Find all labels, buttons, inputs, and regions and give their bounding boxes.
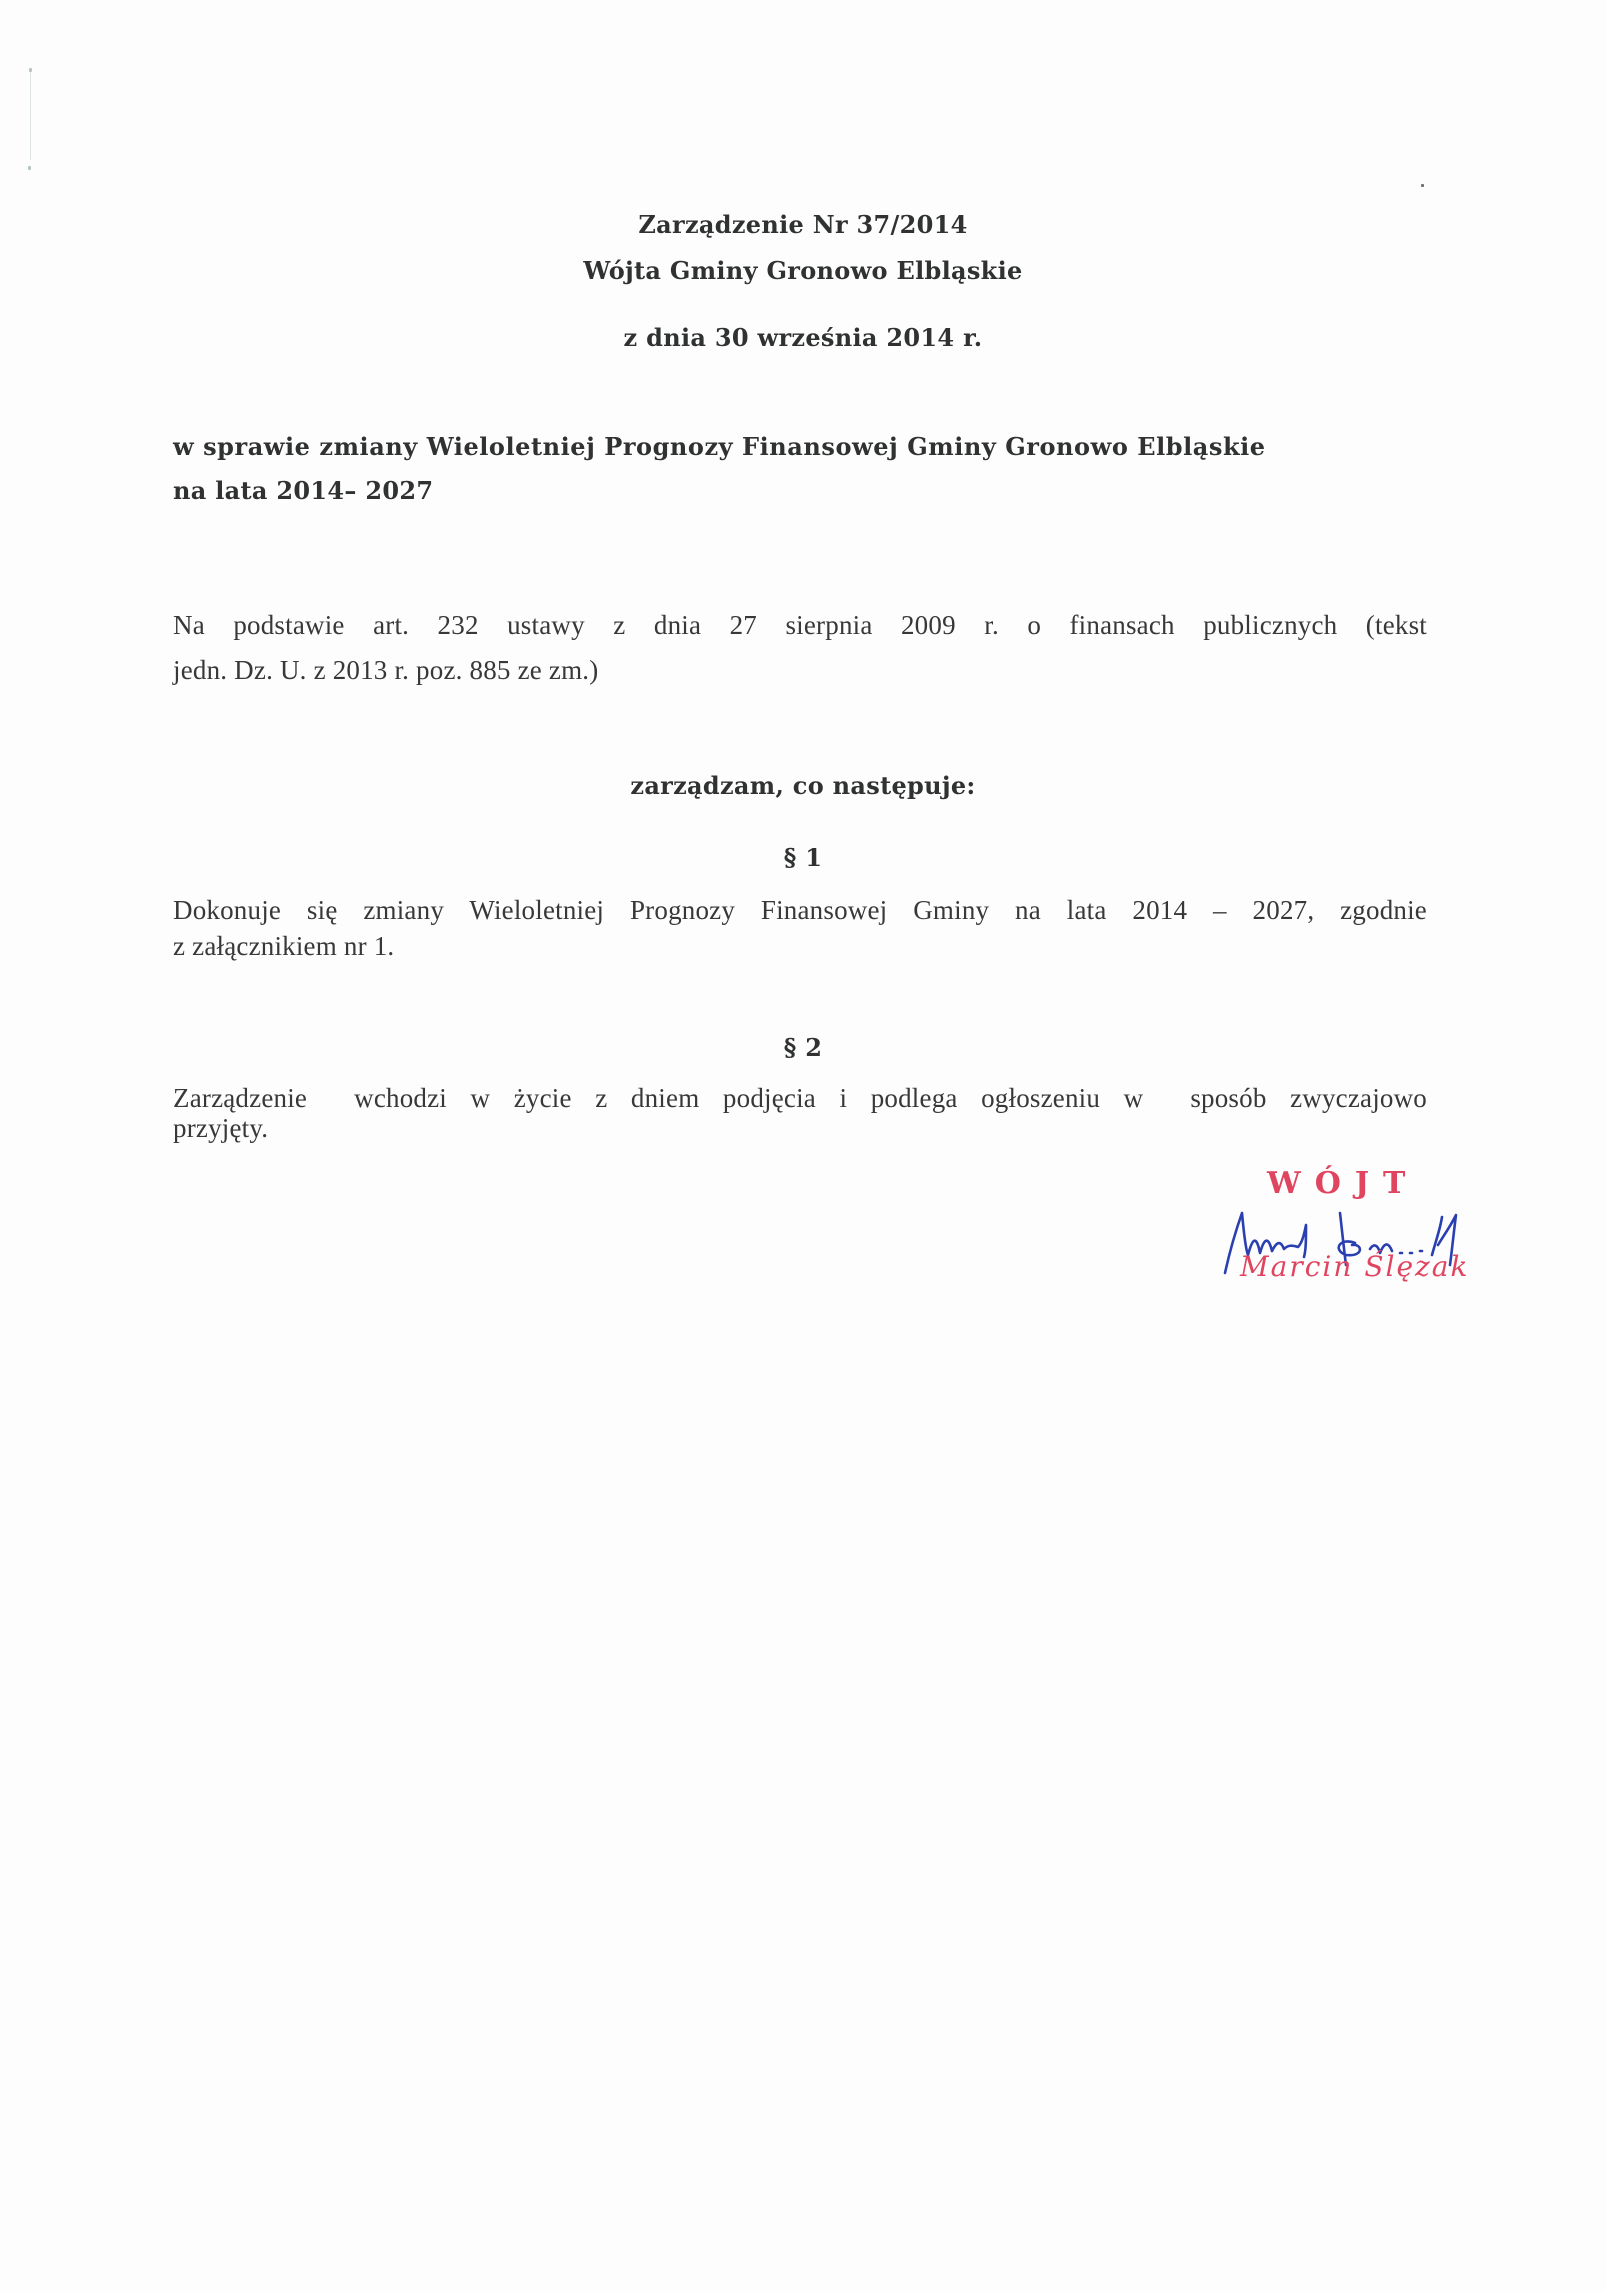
- stamp-title: WÓJT: [1267, 1166, 1419, 1201]
- document-issuer: Wójta Gminy Gronowo Elbląskie: [0, 256, 1606, 285]
- section-2-text-line-1: Zarządzenie wchodzi w życie z dniem podj…: [173, 1083, 1427, 1114]
- legal-basis-line-2: jedn. Dz. U. z 2013 r. poz. 885 ze zm.): [173, 655, 598, 686]
- section-2-mark: § 2: [0, 1033, 1606, 1062]
- document-subject-line-1: w sprawie zmiany Wieloletniej Prognozy F…: [173, 432, 1266, 461]
- scan-artifact-speck: [28, 166, 31, 170]
- legal-basis-line-1: Na podstawie art. 232 ustawy z dnia 27 s…: [173, 610, 1427, 641]
- stamp-name: Marcin Ślęzak: [1240, 1250, 1469, 1283]
- scan-artifact-speck: [1421, 184, 1424, 187]
- scan-artifact-line: [30, 70, 31, 160]
- section-1-text-line-2: z załącznikiem nr 1.: [173, 931, 394, 962]
- section-1-text-line-1: Dokonuje się zmiany Wieloletniej Prognoz…: [173, 895, 1427, 926]
- document-date: z dnia 30 września 2014 r.: [0, 323, 1606, 352]
- document-subject-line-2: na lata 2014– 2027: [173, 476, 433, 505]
- document-title: Zarządzenie Nr 37/2014: [0, 210, 1606, 239]
- section-2-text-line-2: przyjęty.: [173, 1113, 268, 1144]
- scan-artifact-speck: [29, 68, 32, 72]
- document-page: Zarządzenie Nr 37/2014 Wójta Gminy Grono…: [0, 0, 1606, 2291]
- decree-phrase: zarządzam, co następuje:: [0, 771, 1606, 800]
- section-1-mark: § 1: [0, 843, 1606, 872]
